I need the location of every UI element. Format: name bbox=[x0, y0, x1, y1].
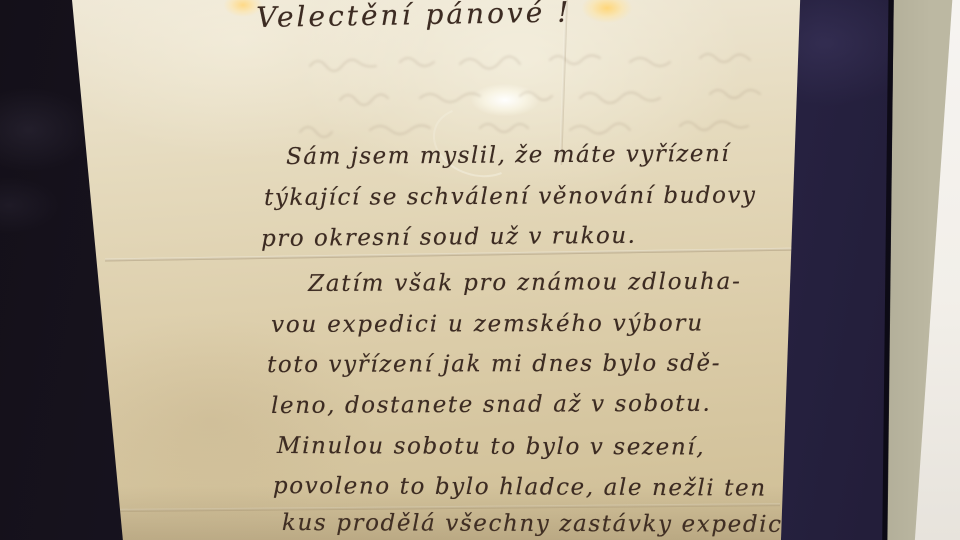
letter-line: povoleno to bylo hladce, ale nežli ten bbox=[273, 473, 767, 502]
letter-line: toto vyřízení jak mi dnes bylo sdě- bbox=[267, 350, 721, 378]
letter-line: Sám jsem myslil, že máte vyřízení bbox=[286, 141, 730, 170]
letter-line: leno, dostanete snad až v sobotu. bbox=[271, 391, 712, 419]
letter-line: týkající se schválení věnování budovy bbox=[264, 182, 756, 211]
letter-line: kus prodělá všechny zastávky expedice bbox=[282, 510, 798, 538]
letter-line: Zatím však pro známou zdlouha- bbox=[308, 269, 742, 297]
letter-salutation: Velectění pánové ! bbox=[256, 0, 572, 34]
photo-framed-handwritten-letter: Velectění pánové ! Sám jsem myslil, že m… bbox=[0, 0, 960, 540]
letter-line: Minulou sobotu to bylo v sezení, bbox=[277, 433, 705, 460]
letter-line: pro okresní soud už v rukou. bbox=[261, 223, 637, 252]
letter-line: vou expedici u zemského výboru bbox=[271, 310, 704, 338]
bleed-through-text bbox=[280, 48, 840, 148]
